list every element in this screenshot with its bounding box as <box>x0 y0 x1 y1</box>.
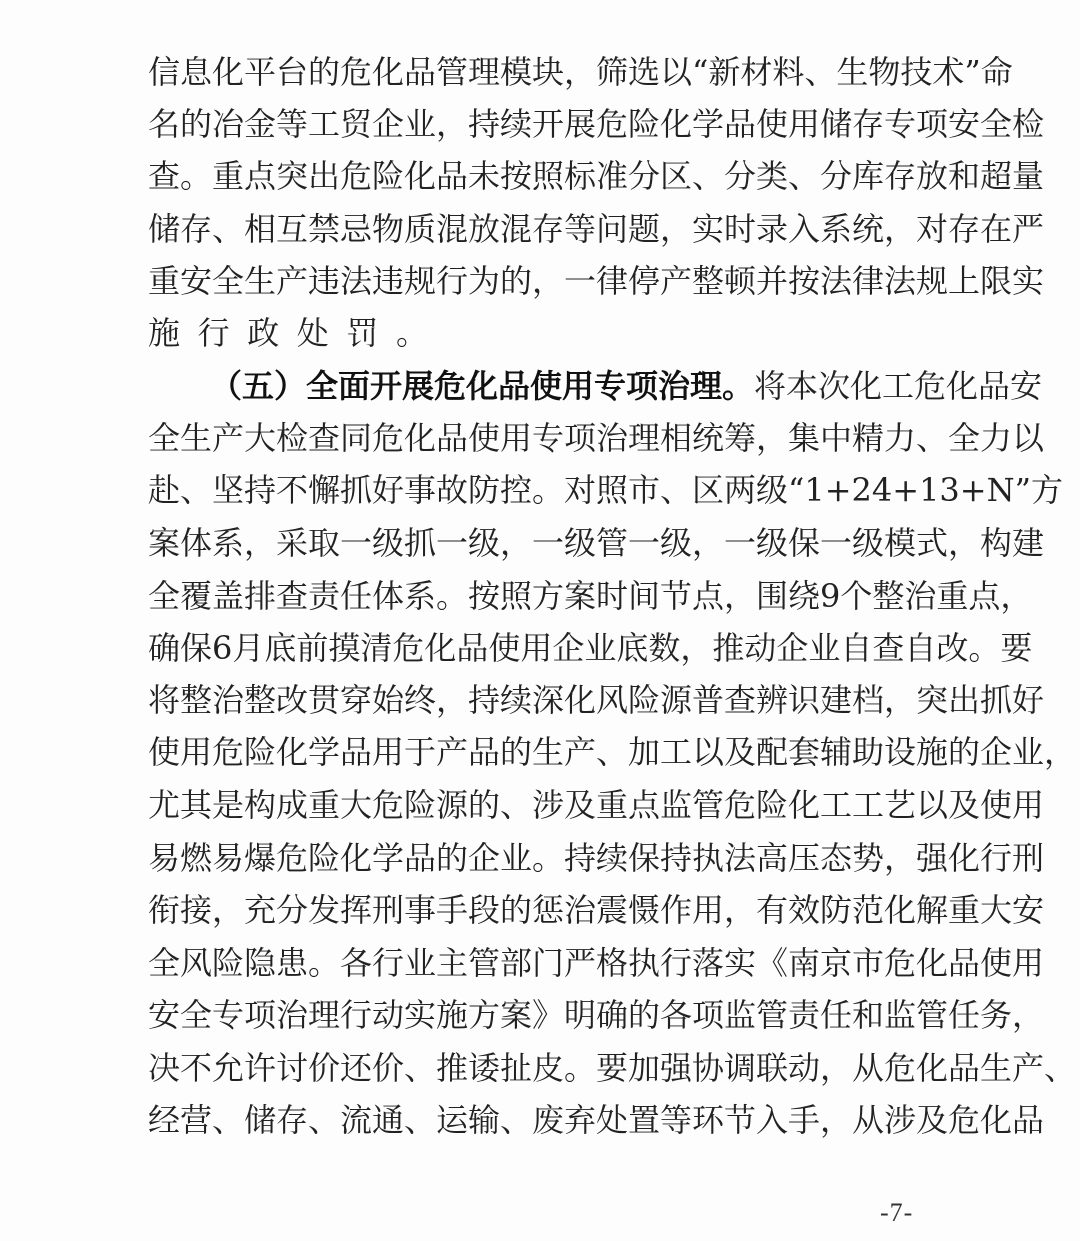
paragraph-line: 重安全生产违法违规行为的，一律停产整顿并按法律法规上限实 <box>148 255 948 307</box>
paragraph-line: 确保6月底前摸清危化品使用企业底数，推动企业自查自改。要 <box>148 622 948 674</box>
paragraph-line: 易燃易爆危险化学品的企业。持续保持执法高压态势，强化行刑 <box>148 832 948 884</box>
paragraph-line: 安全专项治理行动实施方案》明确的各项监管责任和监管任务， <box>148 989 948 1041</box>
paragraph-line: 赴、坚持不懈抓好事故防控。对照市、区两级“1+24+13+N”方 <box>148 464 948 516</box>
paragraph-line: 经营、储存、流通、运输、废弃处置等环节入手，从涉及危化品 <box>148 1094 948 1146</box>
paragraph-line: 尤其是构成重大危险源的、涉及重点监管危险化工工艺以及使用 <box>148 779 948 831</box>
paragraph-line: 将整治整改贯穿始终，持续深化风险源普查辨识建档，突出抓好 <box>148 674 948 726</box>
paragraph-line: 使用危险化学品用于产品的生产、加工以及配套辅助设施的企业， <box>148 726 948 778</box>
section-heading: （五）全面开展危化品使用专项治理。 <box>210 367 754 405</box>
paragraph-line: 衔接，充分发挥刑事手段的惩治震慑作用，有效防范化解重大安 <box>148 884 948 936</box>
paragraph-line: 信息化平台的危化品管理模块，筛选以“新材料、生物技术”命 <box>148 46 948 98</box>
paragraph-line: 查。重点突出危险化品未按照标准分区、分类、分库存放和超量 <box>148 150 948 202</box>
paragraph-line: 全生产大检查同危化品使用专项治理相统筹，集中精力、全力以 <box>148 412 948 464</box>
paragraph-line: 储存、相互禁忌物质混放混存等问题，实时录入系统，对存在严 <box>148 203 948 255</box>
section-text: 将本次化工危化品安 <box>754 367 1042 405</box>
section-heading-line: （五）全面开展危化品使用专项治理。将本次化工危化品安 <box>210 360 948 412</box>
document-page: 信息化平台的危化品管理模块，筛选以“新材料、生物技术”命 名的冶金等工贸企业，持… <box>0 0 1080 1241</box>
paragraph-line: 决不允许讨价还价、推诿扯皮。要加强协调联动，从危化品生产、 <box>148 1042 948 1094</box>
page-number: -7- <box>880 1198 913 1228</box>
paragraph-line: 全风险隐患。各行业主管部门严格执行落实《南京市危化品使用 <box>148 937 948 989</box>
paragraph-line: 名的冶金等工贸企业，持续开展危险化学品使用储存专项安全检 <box>148 98 948 150</box>
paragraph-line: 全覆盖排查责任体系。按照方案时间节点，围绕9个整治重点， <box>148 570 948 622</box>
paragraph-line: 案体系，采取一级抓一级，一级管一级，一级保一级模式，构建 <box>148 517 948 569</box>
paragraph-line: 施行政处罚。 <box>148 307 948 359</box>
